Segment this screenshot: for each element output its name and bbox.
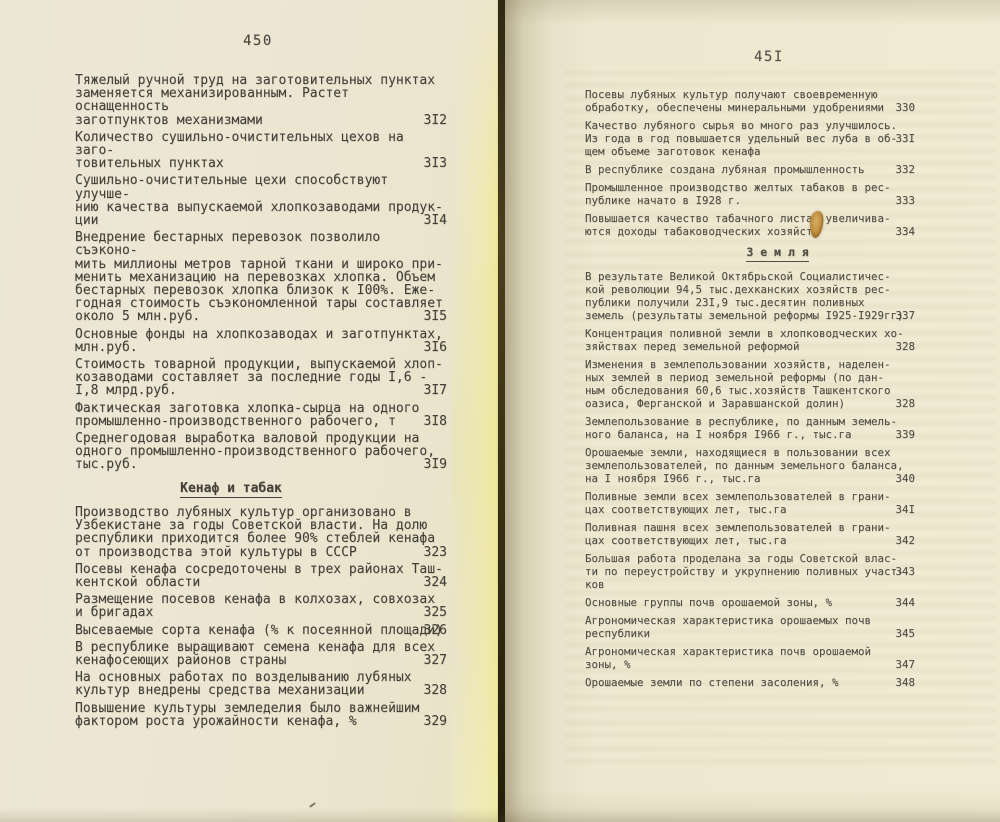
toc-entry: Посевы лубяных культур получают своеврем… [585,88,915,114]
toc-entry-page: 339 [895,428,915,441]
toc-entry-page: 332 [895,163,915,176]
toc-entry: Фактическая заготовка хлопка-сырца на од… [75,402,447,428]
toc-entry: Высеваемые сорта кенафа (% к посеянной п… [75,624,447,637]
toc-entry: Среднегодовая выработка валовой продукци… [75,432,447,472]
toc-entry-page: 325 [424,606,447,619]
toc-entry: Агрономическая характеристика орошаемых … [585,614,915,640]
toc-entry-text: Тяжелый ручной труд на заготовительных п… [75,74,447,127]
toc-entry-text: Промышленное производство желтых табаков… [585,181,915,207]
right-page: 45I Посевы лубяных культур получают свое… [505,0,1000,822]
toc-entry-page: 328 [895,397,915,410]
toc-entry-page: 340 [895,472,915,485]
toc-entry-page: 323 [424,546,447,559]
toc-entry-page: 3I8 [424,415,447,428]
left-toc-list: Тяжелый ручной труд на заготовительных п… [75,74,447,732]
toc-entry: Концентрация поливной земли в хлопководч… [585,327,915,353]
toc-entry: Внедрение бестарных перевозок позволило … [75,231,447,323]
toc-entry-text: Концентрация поливной земли в хлопководч… [585,327,915,353]
toc-entry-text: Большая работа проделана за годы Советск… [585,552,915,591]
toc-entry: В республике выращивают семена кенафа дл… [75,641,447,667]
section-heading: З е м л я [585,246,915,262]
toc-entry-page: 3I6 [424,341,447,354]
toc-entry-text: В результате Великой Октябрьской Социали… [585,270,915,322]
toc-entry-text: Внедрение бестарных перевозок позволило … [75,231,447,323]
toc-entry: Поливная пашня всех землепользователей в… [585,521,915,547]
toc-entry: Стоимость товарной продукции, выпускаемо… [75,358,447,398]
toc-entry: Количество сушильно-очистительных цехов … [75,131,447,171]
toc-entry-text: Землепользование в республике, по данным… [585,415,915,441]
toc-entry: Повышение культуры земледелия было важне… [75,702,447,728]
toc-entry-text: Среднегодовая выработка валовой продукци… [75,432,447,472]
left-page-number: 450 [243,33,273,49]
toc-entry: В республике создана лубяная промышленно… [585,163,915,176]
toc-entry-text: Агрономическая характеристика почв ороша… [585,645,915,671]
toc-entry: Агрономическая характеристика почв ороша… [585,645,915,671]
toc-entry-text: Количество сушильно-очистительных цехов … [75,131,447,171]
toc-entry: Поливные земли всех землепользователей в… [585,490,915,516]
bottom-shadow [0,808,1000,822]
toc-entry: Основные фонды на хлопкозаводах и заготп… [75,328,447,354]
toc-entry: Орошаемые земли по степени засоления, % … [585,676,915,689]
toc-entry-page: 33I [895,132,915,145]
toc-entry-page: 327 [424,654,447,667]
toc-entry-text: Фактическая заготовка хлопка-сырца на од… [75,402,447,428]
toc-entry: Тяжелый ручной труд на заготовительных п… [75,74,447,127]
toc-entry-page: 3I2 [424,114,447,127]
toc-entry: Основные группы почв орошаемой зоны, % 3… [585,596,915,609]
toc-entry-text: Изменения в землепользовании хозяйств, н… [585,358,915,410]
toc-entry: Большая работа проделана за годы Советск… [585,552,915,591]
toc-entry-page: 3I9 [424,458,447,471]
toc-entry-text: Орошаемые земли, находящиеся в пользован… [585,446,915,485]
book-scan: 450 Тяжелый ручной труд на заготовительн… [0,0,1000,822]
toc-entry-text: Поливная пашня всех землепользователей в… [585,521,915,547]
toc-entry-page: 330 [895,101,915,114]
toc-entry-text: Повышение культуры земледелия было важне… [75,702,447,728]
toc-entry-page: 328 [424,684,447,697]
toc-entry: В результате Великой Октябрьской Социали… [585,270,915,322]
toc-entry-page: 334 [895,225,915,238]
toc-entry: Производство лубяных культур организован… [75,506,447,559]
toc-entry-text: Стоимость товарной продукции, выпускаемо… [75,358,447,398]
toc-entry-page: 326 [424,624,447,637]
toc-entry-page: 3I4 [424,214,447,227]
right-page-number: 45I [754,49,784,65]
page-curl-highlight [452,0,498,822]
right-toc-list: Посевы лубяных культур получают своеврем… [585,88,915,694]
toc-entry-page: 3I5 [424,310,447,323]
toc-entry-text: В республике выращивают семена кенафа дл… [75,641,447,667]
toc-entry-page: 34I [895,503,915,516]
toc-entry-page: 343 [895,565,915,578]
toc-entry-text: Качество лубяного сырья во много раз улу… [585,119,915,158]
toc-entry-text: Посевы кенафа сосредоточены в трех район… [75,563,447,589]
toc-entry-text: Посевы лубяных культур получают своеврем… [585,88,915,114]
toc-entry-text: Поливные земли всех землепользователей в… [585,490,915,516]
toc-entry: Землепользование в республике, по данным… [585,415,915,441]
toc-entry-page: 328 [895,340,915,353]
section-heading-label: Кенаф и табак [180,482,282,498]
left-page: 450 Тяжелый ручной труд на заготовительн… [0,0,500,822]
toc-entry-page: 337 [895,309,915,322]
toc-entry-page: 344 [895,596,915,609]
toc-entry-text: Высеваемые сорта кенафа (% к посеянной п… [75,624,447,637]
toc-entry-text: Агрономическая характеристика орошаемых … [585,614,915,640]
toc-entry: На основных работах по возделыванию лубя… [75,671,447,697]
toc-entry-page: 342 [895,534,915,547]
toc-entry-text: Размещение посевов кенафа в колхозах, со… [75,593,447,619]
toc-entry: Повышается качество табачного листа, уве… [585,212,915,238]
toc-entry: Посевы кенафа сосредоточены в трех район… [75,563,447,589]
section-heading: Кенаф и табак [75,482,447,498]
toc-entry-page: 345 [895,627,915,640]
toc-entry-text: Сушильно-очистительные цехи способствуют… [75,174,447,227]
toc-entry-text: Основные фонды на хлопкозаводах и заготп… [75,328,447,354]
toc-entry-page: 333 [895,194,915,207]
toc-entry: Размещение посевов кенафа в колхозах, со… [75,593,447,619]
toc-entry-page: 3I7 [424,384,447,397]
toc-entry-page: 3I3 [424,157,447,170]
toc-entry-text: Основные группы почв орошаемой зоны, % [585,596,915,609]
toc-entry: Сушильно-очистительные цехи способствуют… [75,174,447,227]
toc-entry-text: На основных работах по возделыванию лубя… [75,671,447,697]
toc-entry-text: В республике создана лубяная промышленно… [585,163,915,176]
toc-entry-text: Производство лубяных культур организован… [75,506,447,559]
toc-entry: Изменения в землепользовании хозяйств, н… [585,358,915,410]
toc-entry-page: 329 [424,715,447,728]
spine-gutter-line [498,0,505,822]
toc-entry: Качество лубяного сырья во много раз улу… [585,119,915,158]
toc-entry: Промышленное производство желтых табаков… [585,181,915,207]
toc-entry: Орошаемые земли, находящиеся в пользован… [585,446,915,485]
toc-entry-page: 348 [895,676,915,689]
toc-entry-text: Повышается качество табачного листа, уве… [585,212,915,238]
section-heading-label: З е м л я [746,246,808,262]
toc-entry-text: Орошаемые земли по степени засоления, % [585,676,915,689]
toc-entry-page: 347 [895,658,915,671]
pen-mark [309,802,316,808]
toc-entry-page: 324 [424,576,447,589]
